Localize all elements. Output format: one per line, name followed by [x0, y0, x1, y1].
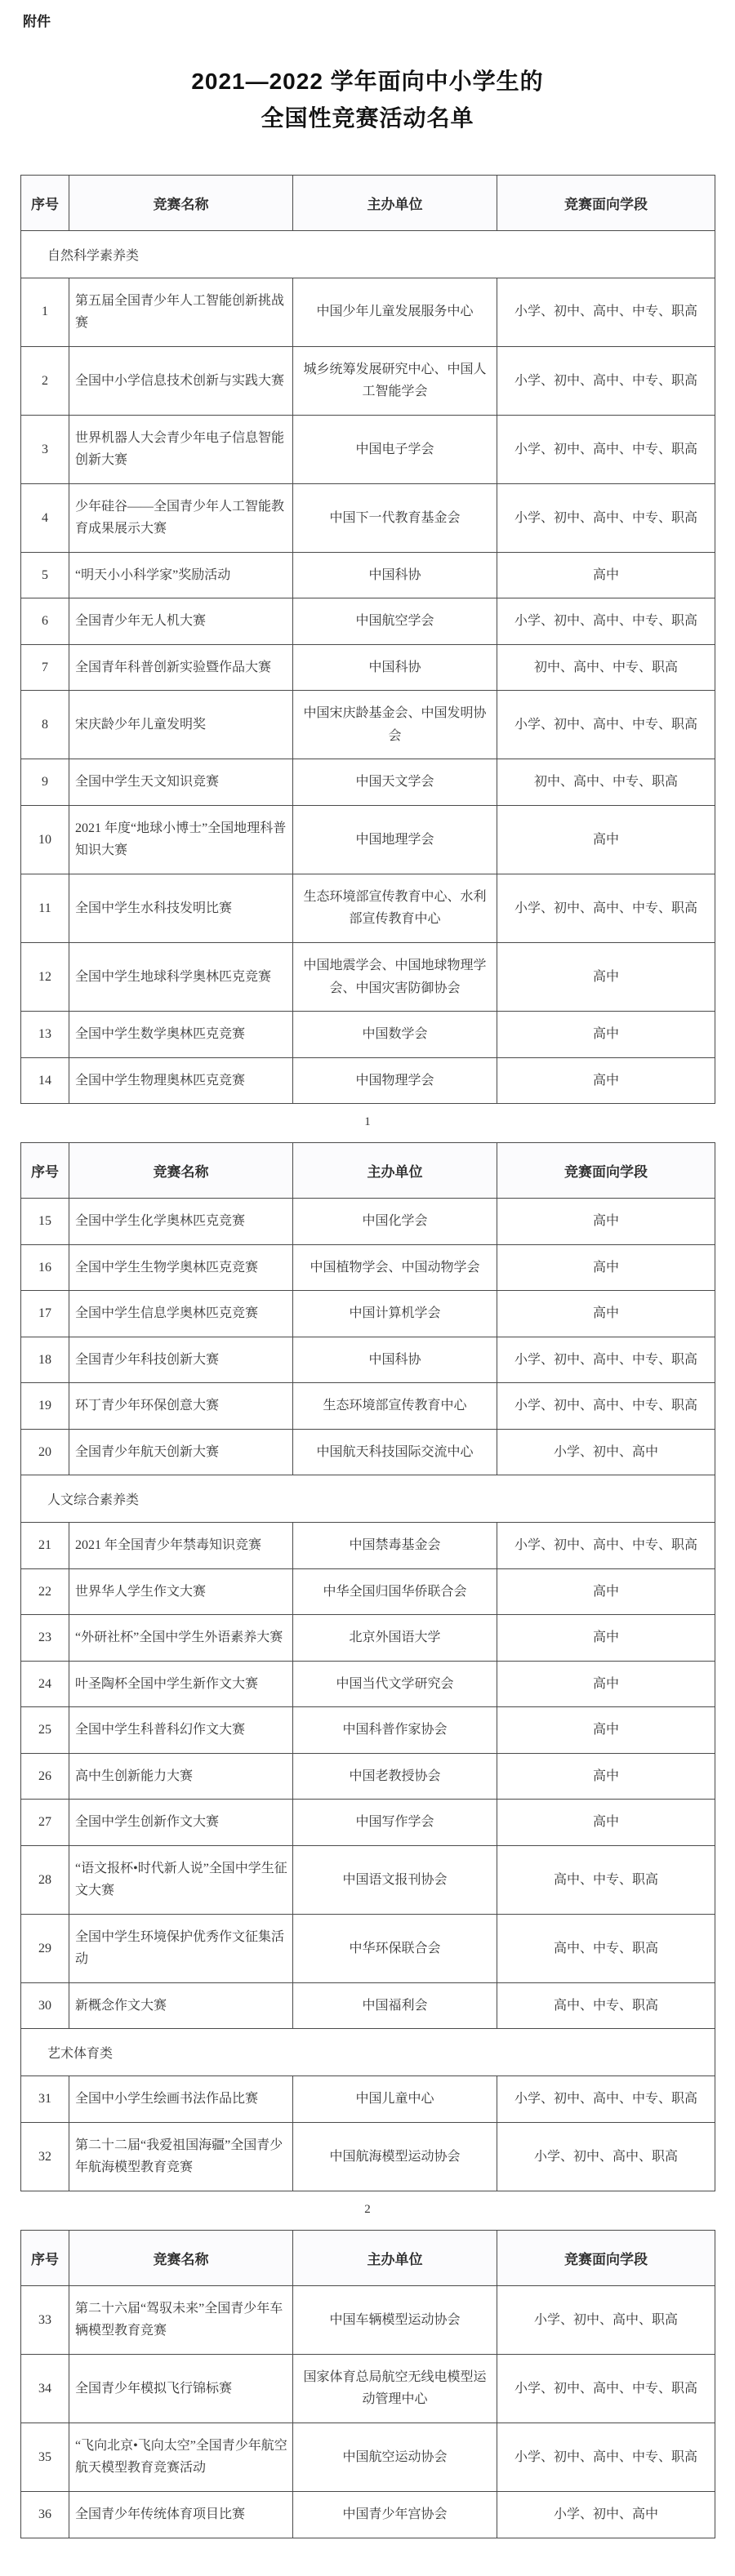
cell-competition-name: “明天小小科学家”奖励活动: [69, 552, 293, 598]
cell-seq-number: 21: [21, 1523, 69, 1569]
table-row: 24 叶圣陶杯全国中学生新作文大赛 中国当代文学研究会 高中: [21, 1661, 715, 1707]
cell-seq-number: 1: [21, 278, 69, 346]
cell-seq-number: 15: [21, 1199, 69, 1245]
column-header: 竞赛面向学段: [497, 175, 715, 230]
cell-seq-number: 19: [21, 1383, 69, 1430]
cell-seq-number: 32: [21, 2122, 69, 2191]
cell-target-levels: 高中: [497, 943, 715, 1012]
cell-target-levels: 高中、中专、职高: [497, 1845, 715, 1914]
table-row: 2 全国中小学信息技术创新与实践大赛 城乡统筹发展研究中心、中国人工智能学会 小…: [21, 346, 715, 415]
cell-target-levels: 高中: [497, 1707, 715, 1754]
table-row: 14 全国中学生物理奥林匹克竞赛 中国物理学会 高中: [21, 1057, 715, 1104]
table-block: 序号竞赛名称主办单位竞赛面向学段 15 全国中学生化学奥林匹克竞赛 中国化学会 …: [0, 1142, 735, 2217]
cell-seq-number: 29: [21, 1914, 69, 1982]
table-row: 17 全国中学生信息学奥林匹克竞赛 中国计算机学会 高中: [21, 1291, 715, 1337]
cell-organizer: 中国航海模型运动协会: [293, 2122, 497, 2191]
cell-competition-name: 全国青年科普创新实验暨作品大赛: [69, 644, 293, 691]
cell-competition-name: 全国中学生数学奥林匹克竞赛: [69, 1012, 293, 1058]
cell-organizer: 中国禁毒基金会: [293, 1523, 497, 1569]
cell-seq-number: 9: [21, 759, 69, 806]
cell-organizer: 生态环境部宣传教育中心: [293, 1383, 497, 1430]
cell-seq-number: 18: [21, 1337, 69, 1383]
cell-target-levels: 高中、中专、职高: [497, 1982, 715, 2029]
cell-organizer: 中国儿童中心: [293, 2076, 497, 2123]
cell-organizer: 中国福利会: [293, 1982, 497, 2029]
table-header-row: 序号竞赛名称主办单位竞赛面向学段: [21, 2230, 715, 2285]
cell-competition-name: 少年硅谷——全国青少年人工智能教育成果展示大赛: [69, 483, 293, 552]
table-header-row: 序号竞赛名称主办单位竞赛面向学段: [21, 1143, 715, 1199]
cell-seq-number: 3: [21, 415, 69, 483]
cell-organizer: 城乡统筹发展研究中心、中国人工智能学会: [293, 346, 497, 415]
cell-seq-number: 25: [21, 1707, 69, 1754]
table-row: 36 全国青少年传统体育项目比赛 中国青少年宫协会 小学、初中、高中: [21, 2491, 715, 2538]
column-header: 竞赛名称: [69, 1143, 293, 1199]
cell-competition-name: 环丁青少年环保创意大赛: [69, 1383, 293, 1430]
cell-target-levels: 高中: [497, 1661, 715, 1707]
cell-organizer: 中国老教授协会: [293, 1753, 497, 1800]
cell-target-levels: 小学、初中、高中、中专、职高: [497, 2354, 715, 2423]
table-row: 35 “飞向北京•飞向太空”全国青少年航空航天模型教育竞赛活动 中国航空运动协会…: [21, 2423, 715, 2491]
cell-target-levels: 高中: [497, 1199, 715, 1245]
column-header: 竞赛面向学段: [497, 2230, 715, 2285]
table-row: 7 全国青年科普创新实验暨作品大赛 中国科协 初中、高中、中专、职高: [21, 644, 715, 691]
cell-organizer: 中华环保联合会: [293, 1914, 497, 1982]
cell-target-levels: 高中: [497, 1753, 715, 1800]
cell-target-levels: 小学、初中、高中、中专、职高: [497, 278, 715, 346]
cell-target-levels: 小学、初中、高中、职高: [497, 2285, 715, 2354]
table-block: 序号竞赛名称主办单位竞赛面向学段 自然科学素养类 1 第五届全国青少年人工智能创…: [0, 175, 735, 1129]
table-row: 12 全国中学生地球科学奥林匹克竞赛 中国地震学会、中国地球物理学会、中国灾害防…: [21, 943, 715, 1012]
cell-seq-number: 4: [21, 483, 69, 552]
cell-target-levels: 高中: [497, 1012, 715, 1058]
cell-seq-number: 11: [21, 874, 69, 942]
cell-target-levels: 小学、初中、高中、中专、职高: [497, 1383, 715, 1430]
cell-competition-name: “飞向北京•飞向太空”全国青少年航空航天模型教育竞赛活动: [69, 2423, 293, 2491]
cell-competition-name: 全国中学生地球科学奥林匹克竞赛: [69, 943, 293, 1012]
cell-target-levels: 小学、初中、高中、中专、职高: [497, 483, 715, 552]
cell-target-levels: 高中: [497, 805, 715, 874]
column-header: 主办单位: [293, 2230, 497, 2285]
cell-organizer: 中国少年儿童发展服务中心: [293, 278, 497, 346]
cell-seq-number: 30: [21, 1982, 69, 2029]
cell-organizer: 中国科普作家协会: [293, 1707, 497, 1754]
cell-target-levels: 小学、初中、高中: [497, 1429, 715, 1475]
cell-organizer: 中国宋庆龄基金会、中国发明协会: [293, 691, 497, 759]
column-header: 序号: [21, 2230, 69, 2285]
cell-seq-number: 36: [21, 2491, 69, 2538]
competitions-table: 序号竞赛名称主办单位竞赛面向学段 自然科学素养类 1 第五届全国青少年人工智能创…: [20, 175, 715, 1104]
cell-target-levels: 高中: [497, 552, 715, 598]
cell-target-levels: 高中: [497, 1800, 715, 1846]
table-row: 33 第二十六届“驾驭未来”全国青少年车辆模型教育竞赛 中国车辆模型运动协会 小…: [21, 2285, 715, 2354]
category-label: 艺术体育类: [21, 2029, 715, 2076]
cell-target-levels: 高中: [497, 1244, 715, 1291]
cell-competition-name: 全国中小学生绘画书法作品比赛: [69, 2076, 293, 2123]
page-number: 2: [0, 2203, 735, 2217]
cell-target-levels: 小学、初中、高中: [497, 2491, 715, 2538]
cell-target-levels: 小学、初中、高中、职高: [497, 2122, 715, 2191]
cell-target-levels: 小学、初中、高中、中专、职高: [497, 691, 715, 759]
cell-target-levels: 高中: [497, 1568, 715, 1615]
attachment-label: 附件: [0, 0, 735, 30]
cell-competition-name: 全国中学生天文知识竞赛: [69, 759, 293, 806]
cell-seq-number: 6: [21, 598, 69, 645]
table-row: 1 第五届全国青少年人工智能创新挑战赛 中国少年儿童发展服务中心 小学、初中、高…: [21, 278, 715, 346]
cell-competition-name: “语文报杯•时代新人说”全国中学生征文大赛: [69, 1845, 293, 1914]
column-header: 竞赛名称: [69, 175, 293, 230]
cell-competition-name: 全国青少年航天创新大赛: [69, 1429, 293, 1475]
cell-competition-name: 2021 年度“地球小博士”全国地理科普知识大赛: [69, 805, 293, 874]
page-number: 1: [0, 1115, 735, 1129]
table-row: 6 全国青少年无人机大赛 中国航空学会 小学、初中、高中、中专、职高: [21, 598, 715, 645]
table-row: 10 2021 年度“地球小博士”全国地理科普知识大赛 中国地理学会 高中: [21, 805, 715, 874]
table-row: 8 宋庆龄少年儿童发明奖 中国宋庆龄基金会、中国发明协会 小学、初中、高中、中专…: [21, 691, 715, 759]
table-row: 34 全国青少年模拟飞行锦标赛 国家体育总局航空无线电模型运动管理中心 小学、初…: [21, 2354, 715, 2423]
table-row: 5 “明天小小科学家”奖励活动 中国科协 高中: [21, 552, 715, 598]
table-row: 25 全国中学生科普科幻作文大赛 中国科普作家协会 高中: [21, 1707, 715, 1754]
cell-target-levels: 初中、高中、中专、职高: [497, 644, 715, 691]
table-header-row: 序号竞赛名称主办单位竞赛面向学段: [21, 175, 715, 230]
category-label: 自然科学素养类: [21, 230, 715, 278]
cell-seq-number: 35: [21, 2423, 69, 2491]
table-row: 22 世界华人学生作文大赛 中华全国归国华侨联合会 高中: [21, 1568, 715, 1615]
cell-seq-number: 2: [21, 346, 69, 415]
table-row: 31 全国中小学生绘画书法作品比赛 中国儿童中心 小学、初中、高中、中专、职高: [21, 2076, 715, 2123]
cell-target-levels: 小学、初中、高中、中专、职高: [497, 1523, 715, 1569]
column-header: 序号: [21, 175, 69, 230]
cell-seq-number: 5: [21, 552, 69, 598]
table-row: 9 全国中学生天文知识竞赛 中国天文学会 初中、高中、中专、职高: [21, 759, 715, 806]
cell-organizer: 中国下一代教育基金会: [293, 483, 497, 552]
cell-competition-name: 全国青少年传统体育项目比赛: [69, 2491, 293, 2538]
table-row: 28 “语文报杯•时代新人说”全国中学生征文大赛 中国语文报刊协会 高中、中专、…: [21, 1845, 715, 1914]
table-row: 32 第二十二届“我爱祖国海疆”全国青少年航海模型教育竞赛 中国航海模型运动协会…: [21, 2122, 715, 2191]
cell-organizer: 中国语文报刊协会: [293, 1845, 497, 1914]
cell-competition-name: 2021 年全国青少年禁毒知识竞赛: [69, 1523, 293, 1569]
cell-seq-number: 10: [21, 805, 69, 874]
cell-competition-name: 全国中学生水科技发明比赛: [69, 874, 293, 942]
cell-organizer: 中国地理学会: [293, 805, 497, 874]
cell-seq-number: 20: [21, 1429, 69, 1475]
title-line-2: 全国性竞赛活动名单: [261, 105, 474, 131]
table-row: 4 少年硅谷——全国青少年人工智能教育成果展示大赛 中国下一代教育基金会 小学、…: [21, 483, 715, 552]
cell-target-levels: 小学、初中、高中、中专、职高: [497, 2076, 715, 2123]
cell-seq-number: 33: [21, 2285, 69, 2354]
cell-competition-name: 第二十六届“驾驭未来”全国青少年车辆模型教育竞赛: [69, 2285, 293, 2354]
cell-organizer: 中国当代文学研究会: [293, 1661, 497, 1707]
cell-competition-name: 全国中学生化学奥林匹克竞赛: [69, 1199, 293, 1245]
page-title: 2021—2022 学年面向中小学生的 全国性竞赛活动名单: [0, 63, 735, 137]
cell-seq-number: 7: [21, 644, 69, 691]
cell-organizer: 中国物理学会: [293, 1057, 497, 1104]
cell-target-levels: 小学、初中、高中、中专、职高: [497, 874, 715, 942]
cell-organizer: 国家体育总局航空无线电模型运动管理中心: [293, 2354, 497, 2423]
cell-target-levels: 小学、初中、高中、中专、职高: [497, 415, 715, 483]
cell-competition-name: 全国中学生物理奥林匹克竞赛: [69, 1057, 293, 1104]
cell-competition-name: 全国青少年模拟飞行锦标赛: [69, 2354, 293, 2423]
category-section-row: 艺术体育类: [21, 2029, 715, 2076]
cell-seq-number: 31: [21, 2076, 69, 2123]
cell-organizer: 中国写作学会: [293, 1800, 497, 1846]
cell-seq-number: 16: [21, 1244, 69, 1291]
cell-seq-number: 28: [21, 1845, 69, 1914]
tables-container: 序号竞赛名称主办单位竞赛面向学段 自然科学素养类 1 第五届全国青少年人工智能创…: [0, 175, 735, 2538]
cell-organizer: 中国天文学会: [293, 759, 497, 806]
category-label: 人文综合素养类: [21, 1475, 715, 1523]
column-header: 主办单位: [293, 1143, 497, 1199]
cell-organizer: 中国车辆模型运动协会: [293, 2285, 497, 2354]
cell-target-levels: 小学、初中、高中、中专、职高: [497, 598, 715, 645]
cell-organizer: 北京外国语大学: [293, 1615, 497, 1662]
cell-competition-name: 全国中学生环境保护优秀作文征集活动: [69, 1914, 293, 1982]
cell-organizer: 中国数学会: [293, 1012, 497, 1058]
cell-competition-name: 全国青少年无人机大赛: [69, 598, 293, 645]
cell-seq-number: 22: [21, 1568, 69, 1615]
cell-target-levels: 高中: [497, 1615, 715, 1662]
cell-seq-number: 13: [21, 1012, 69, 1058]
table-row: 20 全国青少年航天创新大赛 中国航天科技国际交流中心 小学、初中、高中: [21, 1429, 715, 1475]
cell-organizer: 中国航空运动协会: [293, 2423, 497, 2491]
table-row: 19 环丁青少年环保创意大赛 生态环境部宣传教育中心 小学、初中、高中、中专、职…: [21, 1383, 715, 1430]
cell-seq-number: 23: [21, 1615, 69, 1662]
competitions-table: 序号竞赛名称主办单位竞赛面向学段 33 第二十六届“驾驭未来”全国青少年车辆模型…: [20, 2230, 715, 2538]
table-row: 23 “外研社杯”全国中学生外语素养大赛 北京外国语大学 高中: [21, 1615, 715, 1662]
cell-target-levels: 高中、中专、职高: [497, 1914, 715, 1982]
cell-organizer: 中国化学会: [293, 1199, 497, 1245]
table-row: 29 全国中学生环境保护优秀作文征集活动 中华环保联合会 高中、中专、职高: [21, 1914, 715, 1982]
cell-target-levels: 初中、高中、中专、职高: [497, 759, 715, 806]
table-row: 3 世界机器人大会青少年电子信息智能创新大赛 中国电子学会 小学、初中、高中、中…: [21, 415, 715, 483]
cell-competition-name: 全国中学生信息学奥林匹克竞赛: [69, 1291, 293, 1337]
cell-competition-name: 宋庆龄少年儿童发明奖: [69, 691, 293, 759]
cell-seq-number: 14: [21, 1057, 69, 1104]
column-header: 序号: [21, 1143, 69, 1199]
table-row: 16 全国中学生生物学奥林匹克竞赛 中国植物学会、中国动物学会 高中: [21, 1244, 715, 1291]
cell-target-levels: 小学、初中、高中、中专、职高: [497, 2423, 715, 2491]
table-row: 27 全国中学生创新作文大赛 中国写作学会 高中: [21, 1800, 715, 1846]
cell-organizer: 中国科协: [293, 552, 497, 598]
cell-competition-name: 新概念作文大赛: [69, 1982, 293, 2029]
table-row: 21 2021 年全国青少年禁毒知识竞赛 中国禁毒基金会 小学、初中、高中、中专…: [21, 1523, 715, 1569]
cell-competition-name: 全国青少年科技创新大赛: [69, 1337, 293, 1383]
cell-seq-number: 17: [21, 1291, 69, 1337]
cell-organizer: 中国计算机学会: [293, 1291, 497, 1337]
cell-organizer: 中国青少年宫协会: [293, 2491, 497, 2538]
cell-seq-number: 34: [21, 2354, 69, 2423]
cell-seq-number: 12: [21, 943, 69, 1012]
table-row: 15 全国中学生化学奥林匹克竞赛 中国化学会 高中: [21, 1199, 715, 1245]
table-row: 13 全国中学生数学奥林匹克竞赛 中国数学会 高中: [21, 1012, 715, 1058]
cell-organizer: 中国地震学会、中国地球物理学会、中国灾害防御协会: [293, 943, 497, 1012]
cell-seq-number: 27: [21, 1800, 69, 1846]
title-line-1: 2021—2022 学年面向中小学生的: [191, 69, 543, 94]
table-block: 序号竞赛名称主办单位竞赛面向学段 33 第二十六届“驾驭未来”全国青少年车辆模型…: [0, 2230, 735, 2538]
column-header: 竞赛名称: [69, 2230, 293, 2285]
cell-competition-name: 世界华人学生作文大赛: [69, 1568, 293, 1615]
cell-competition-name: 高中生创新能力大赛: [69, 1753, 293, 1800]
column-header: 主办单位: [293, 175, 497, 230]
cell-target-levels: 小学、初中、高中、中专、职高: [497, 1337, 715, 1383]
cell-target-levels: 高中: [497, 1057, 715, 1104]
category-section-row: 人文综合素养类: [21, 1475, 715, 1523]
cell-competition-name: 第二十二届“我爱祖国海疆”全国青少年航海模型教育竞赛: [69, 2122, 293, 2191]
competitions-table: 序号竞赛名称主办单位竞赛面向学段 15 全国中学生化学奥林匹克竞赛 中国化学会 …: [20, 1142, 715, 2191]
cell-target-levels: 小学、初中、高中、中专、职高: [497, 346, 715, 415]
cell-seq-number: 8: [21, 691, 69, 759]
document-page: 附件 2021—2022 学年面向中小学生的 全国性竞赛活动名单 序号竞赛名称主…: [0, 0, 735, 2576]
category-section-row: 自然科学素养类: [21, 230, 715, 278]
cell-organizer: 中国电子学会: [293, 415, 497, 483]
cell-competition-name: 世界机器人大会青少年电子信息智能创新大赛: [69, 415, 293, 483]
cell-competition-name: 全国中学生生物学奥林匹克竞赛: [69, 1244, 293, 1291]
cell-organizer: 中国航天科技国际交流中心: [293, 1429, 497, 1475]
cell-competition-name: “外研社杯”全国中学生外语素养大赛: [69, 1615, 293, 1662]
cell-organizer: 中国科协: [293, 1337, 497, 1383]
table-row: 30 新概念作文大赛 中国福利会 高中、中专、职高: [21, 1982, 715, 2029]
cell-organizer: 中国科协: [293, 644, 497, 691]
cell-organizer: 生态环境部宣传教育中心、水利部宣传教育中心: [293, 874, 497, 942]
cell-organizer: 中华全国归国华侨联合会: [293, 1568, 497, 1615]
table-row: 26 高中生创新能力大赛 中国老教授协会 高中: [21, 1753, 715, 1800]
cell-competition-name: 叶圣陶杯全国中学生新作文大赛: [69, 1661, 293, 1707]
cell-competition-name: 全国中小学信息技术创新与实践大赛: [69, 346, 293, 415]
table-row: 11 全国中学生水科技发明比赛 生态环境部宣传教育中心、水利部宣传教育中心 小学…: [21, 874, 715, 942]
cell-organizer: 中国植物学会、中国动物学会: [293, 1244, 497, 1291]
cell-competition-name: 全国中学生创新作文大赛: [69, 1800, 293, 1846]
cell-seq-number: 26: [21, 1753, 69, 1800]
cell-competition-name: 第五届全国青少年人工智能创新挑战赛: [69, 278, 293, 346]
table-row: 18 全国青少年科技创新大赛 中国科协 小学、初中、高中、中专、职高: [21, 1337, 715, 1383]
cell-target-levels: 高中: [497, 1291, 715, 1337]
cell-organizer: 中国航空学会: [293, 598, 497, 645]
cell-competition-name: 全国中学生科普科幻作文大赛: [69, 1707, 293, 1754]
cell-seq-number: 24: [21, 1661, 69, 1707]
column-header: 竞赛面向学段: [497, 1143, 715, 1199]
